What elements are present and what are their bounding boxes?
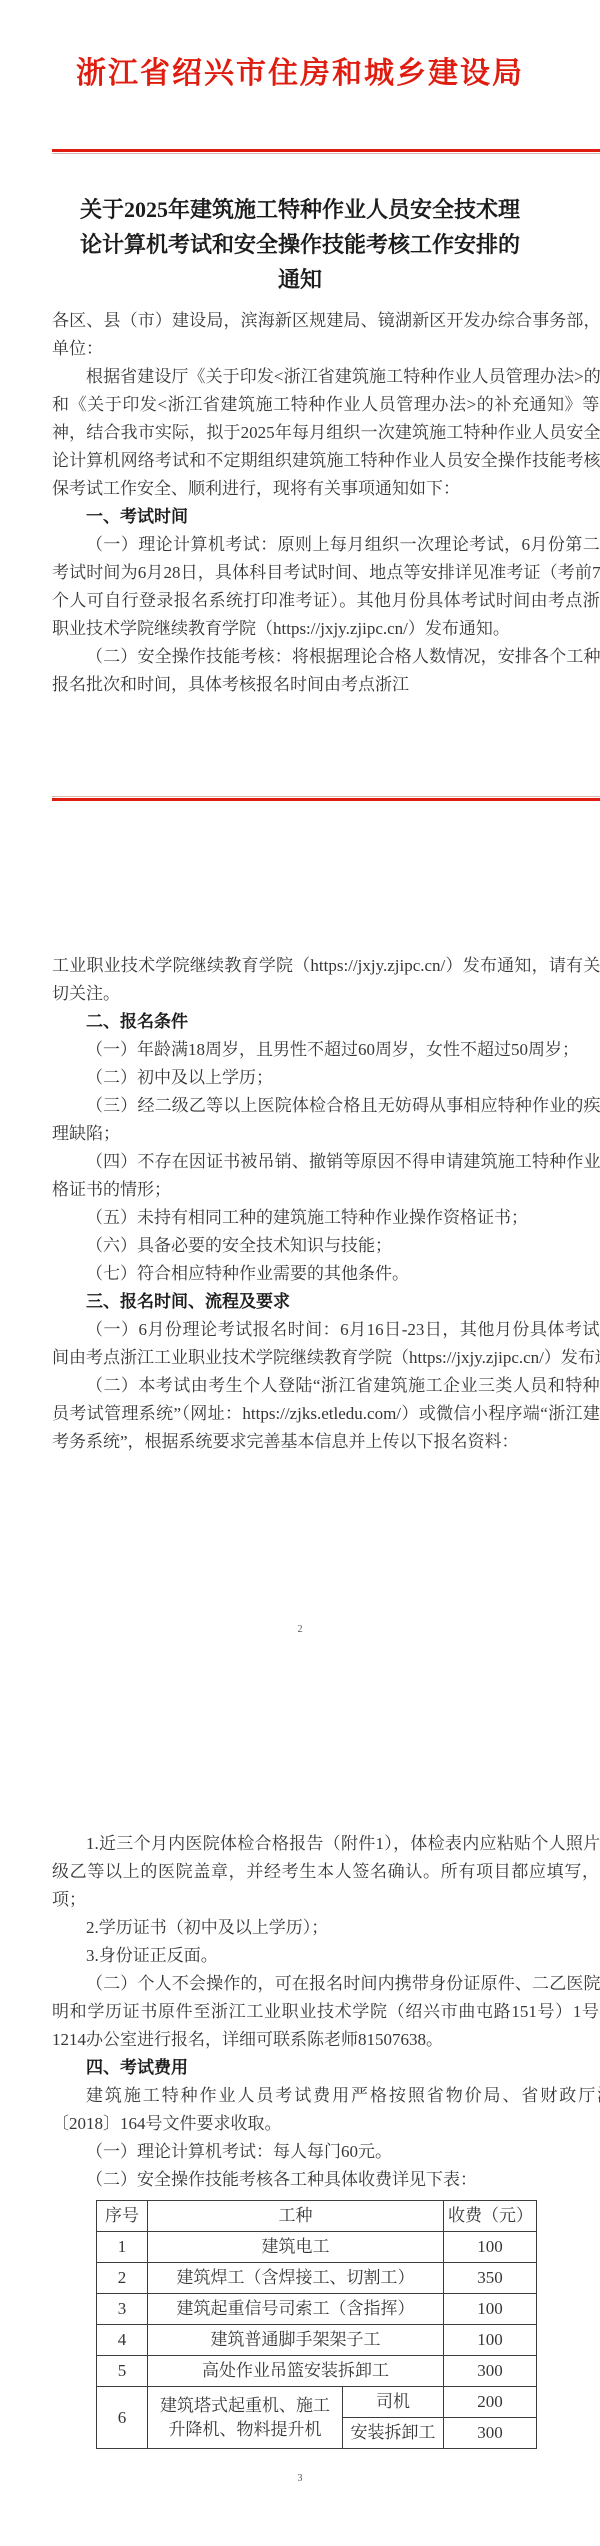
notice-title: 关于2025年建筑施工特种作业人员安全技术理论计算机考试和安全操作技能考核工作安… [0,192,600,297]
salutation: 各区、县（市）建设局，滨海新区规建局、镜湖新区开发办综合事务部，各有关单位： [52,307,600,363]
material-item: 1.近三个月内医院体检合格报告（附件1），体检表内应粘贴个人照片，由二级乙等以上… [52,1830,600,1914]
cell-fee: 200 [444,2387,537,2418]
page1-body: 各区、县（市）建设局，滨海新区规建局、镜湖新区开发办综合事务部，各有关单位： 根… [0,307,600,699]
cell-fee: 350 [444,2263,537,2294]
fee-table: 序号 工种 收费（元） 1 建筑电工 100 2 建筑焊工（含焊接工、切割工） … [96,2200,537,2449]
continuation-paragraph: 工业职业技术学院继续教育学院（https://jxjy.zjipc.cn/）发布… [52,952,600,1008]
condition-item: （七）符合相应特种作业需要的其他条件。 [52,1260,600,1288]
cell-fee: 100 [444,2325,537,2356]
cell-no: 2 [97,2263,148,2294]
cell-fee: 300 [444,2418,537,2449]
cell-trade: 高处作业吊篮安装拆卸工 [148,2356,444,2387]
page2-body: 工业职业技术学院继续教育学院（https://jxjy.zjipc.cn/）发布… [0,952,600,1456]
fee-table-header-fee: 收费（元） [444,2201,537,2232]
agency-name: 浙江省绍兴市住房和城乡建设局 [0,55,600,93]
fee-table-header-row: 序号 工种 收费（元） [97,2201,537,2232]
cell-fee: 300 [444,2356,537,2387]
fee-policy-paragraph: 建筑施工特种作业人员考试费用严格按照省物价局、省财政厅浙价费〔2018〕164号… [52,2082,600,2138]
condition-item: （五）未持有相同工种的建筑施工特种作业操作资格证书； [52,1204,600,1232]
offline-signup-paragraph: （二）个人不会操作的，可在报名时间内携带身份证原件、二乙医院合格证明和学历证书原… [52,1970,600,2054]
skill-exam-paragraph: （二）安全操作技能考核：将根据理论合格人数情况，安排各个工种的考核报名批次和时间… [52,643,600,699]
intro-paragraph: 根据省建设厅《关于印发<浙江省建筑施工特种作业人员管理办法>的通知》和《关于印发… [52,363,600,503]
condition-item: （二）初中及以上学历； [52,1064,600,1092]
letterhead: 浙江省绍兴市住房和城乡建设局 [0,55,600,93]
notice-title-block: 关于2025年建筑施工特种作业人员安全技术理论计算机考试和安全操作技能考核工作安… [0,192,600,297]
material-item: 2.学历证书（初中及以上学历）； [52,1914,600,1942]
cell-fee: 100 [444,2232,537,2263]
table-row: 6 建筑塔式起重机、施工升降机、物料提升机 司机 200 [97,2387,537,2418]
cell-trade: 建筑电工 [148,2232,444,2263]
fee-theory-paragraph: （一）理论计算机考试：每人每门60元。 [52,2138,600,2166]
cell-no: 6 [97,2387,148,2449]
pink-rule-line [52,796,600,797]
page3-body: 1.近三个月内医院体检合格报告（附件1），体检表内应粘贴个人照片，由二级乙等以上… [0,1830,600,2449]
fee-table-header-no: 序号 [97,2201,148,2232]
material-item: 3.身份证正反面。 [52,1942,600,1970]
cell-no: 1 [97,2232,148,2263]
letterhead-red-rule [52,149,600,154]
cell-trade: 建筑焊工（含焊接工、切割工） [148,2263,444,2294]
cell-no: 5 [97,2356,148,2387]
section4-heading: 四、考试费用 [52,2054,600,2082]
cell-role: 司机 [343,2387,444,2418]
condition-item: （一）年龄满18周岁，且男性不超过60周岁，女性不超过50周岁； [52,1036,600,1064]
fee-table-intro-paragraph: （二）安全操作技能考核各工种具体收费详见下表： [52,2166,600,2194]
cell-role: 安装拆卸工 [343,2418,444,2449]
section1-heading: 一、考试时间 [52,503,600,531]
table-row: 5 高处作业吊篮安装拆卸工 300 [97,2356,537,2387]
table-row: 3 建筑起重信号司索工（含指挥） 100 [97,2294,537,2325]
red-rule-line [52,798,600,801]
cell-fee: 100 [444,2294,537,2325]
page-number-3: 3 [0,2473,600,2484]
cell-trade: 建筑起重信号司索工（含指挥） [148,2294,444,2325]
condition-item: （三）经二级乙等以上医院体检合格且无妨碍从事相应特种作业的疾病和生理缺陷； [52,1092,600,1148]
fee-table-header-trade: 工种 [148,2201,444,2232]
condition-item: （六）具备必要的安全技术知识与技能； [52,1232,600,1260]
table-row: 4 建筑普通脚手架架子工 100 [97,2325,537,2356]
theory-exam-paragraph: （一）理论计算机考试：原则上每月组织一次理论考试，6月份第二次理论考试时间为6月… [52,531,600,643]
table-row: 1 建筑电工 100 [97,2232,537,2263]
condition-item: （四）不存在因证书被吊销、撤销等原因不得申请建筑施工特种作业操作资格证书的情形； [52,1148,600,1204]
cell-trade: 建筑普通脚手架架子工 [148,2325,444,2356]
cell-trade: 建筑塔式起重机、施工升降机、物料提升机 [148,2387,343,2449]
page-number-2: 2 [0,1624,600,1635]
red-rule-line [52,149,600,152]
cell-no: 3 [97,2294,148,2325]
table-row: 2 建筑焊工（含焊接工、切割工） 350 [97,2263,537,2294]
page-separator-rule [52,796,600,801]
section3-heading: 三、报名时间、流程及要求 [52,1288,600,1316]
pink-rule-line [52,153,600,154]
cell-no: 4 [97,2325,148,2356]
signup-time-paragraph: （一）6月份理论考试报名时间：6月16日-23日，其他月份具体考试报名时间由考点… [52,1316,600,1372]
signup-system-paragraph: （二）本考试由考生个人登陆“浙江省建筑施工企业三类人员和特种作业人员考试管理系统… [52,1372,600,1456]
section2-heading: 二、报名条件 [52,1008,600,1036]
